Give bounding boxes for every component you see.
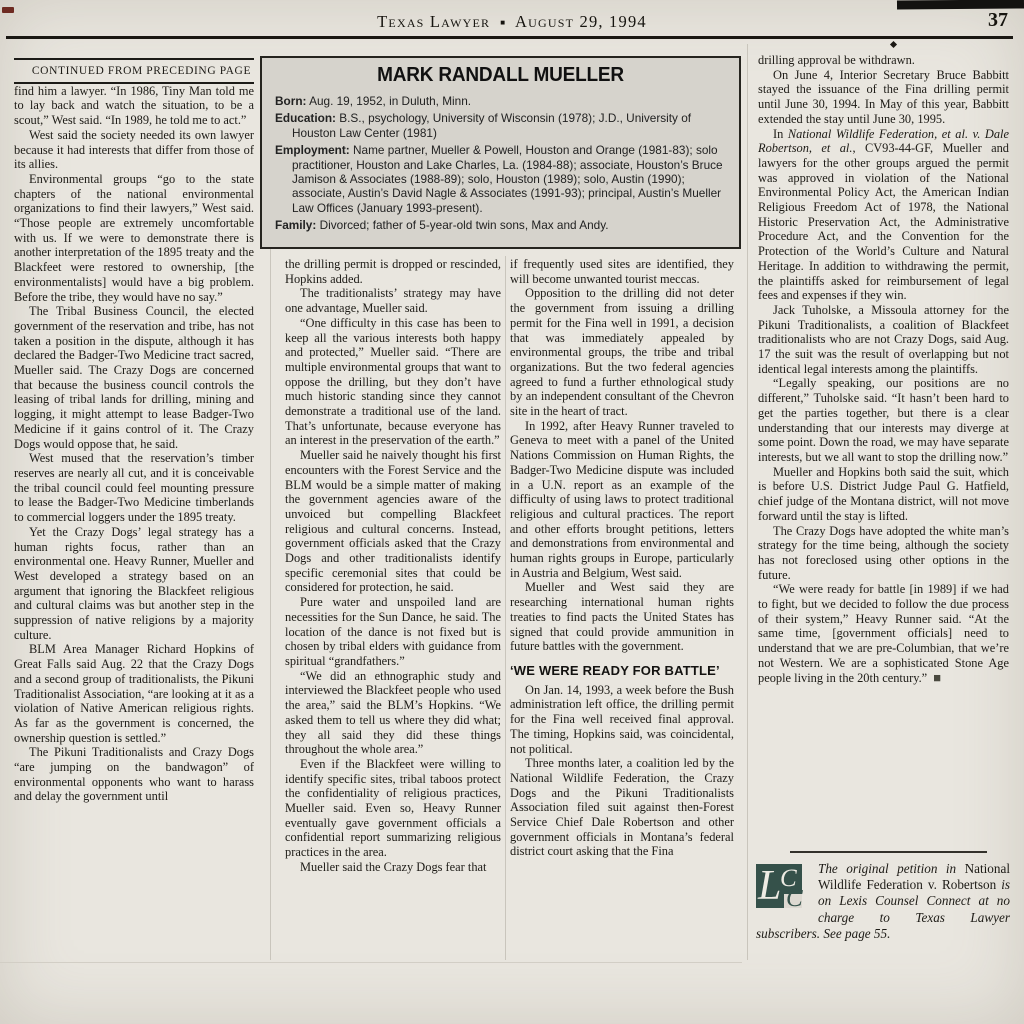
bio-field-value: Name partner, Mueller & Powell, Houston … <box>292 143 723 215</box>
masthead-title: Texas Lawyer <box>377 12 490 31</box>
article-paragraph: if frequently used sites are identified,… <box>510 257 734 286</box>
article-paragraph: Even if the Blackfeet were willing to id… <box>285 757 501 860</box>
paragraph-rest: , CV93-44-GF, Mueller and lawyers for th… <box>758 141 1009 302</box>
article-paragraph: West mused that the reservation’s timber… <box>14 451 254 525</box>
article-paragraph: the drilling permit is dropped or rescin… <box>285 257 501 286</box>
article-paragraph: “We were ready for battle [in 1989] if w… <box>758 582 1009 685</box>
page-number: 37 <box>988 9 1008 32</box>
article-column-3: if frequently used sites are identified,… <box>510 257 734 965</box>
continued-banner: CONTINUED FROM PRECEDING PAGE <box>14 58 254 84</box>
article-paragraph: Pure water and unspoiled land are necess… <box>285 595 501 669</box>
article-paragraph: West said the society needed its own law… <box>14 128 254 172</box>
article-paragraph: “Legally speaking, our positions are no … <box>758 376 1009 464</box>
article-paragraph: On Jan. 14, 1993, a week before the Bush… <box>510 683 734 757</box>
article-paragraph: In 1992, after Heavy Runner traveled to … <box>510 419 734 581</box>
paragraph-text: “We were ready for battle [in 1989] if w… <box>758 582 1009 684</box>
newspaper-page: Texas Lawyer■August 29, 1994 37 MARK RAN… <box>0 0 1024 1024</box>
article-paragraph: Environmental groups “go to the state ch… <box>14 172 254 304</box>
lexis-counsel-connect-note: L C C The original petition in National … <box>756 861 1010 942</box>
article-paragraph: Opposition to the drilling did not deter… <box>510 286 734 418</box>
article-paragraph: Mueller said he naively thought his firs… <box>285 448 501 595</box>
article-column-1: CONTINUED FROM PRECEDING PAGE find him a… <box>14 58 254 966</box>
lexis-counsel-connect-logo-icon: L C C <box>756 864 810 914</box>
section-subhead: ‘WE WERE READY FOR BATTLE’ <box>510 664 734 679</box>
article-paragraph: Three months later, a coalition led by t… <box>510 756 734 859</box>
article-paragraph: In National Wildlife Federation, et al. … <box>758 127 1009 303</box>
bio-field-employment: Employment: Name partner, Mueller & Powe… <box>275 143 726 215</box>
masthead-bullet-icon: ■ <box>490 18 515 27</box>
article-paragraph: The Pikuni Traditionalists and Crazy Dog… <box>14 745 254 804</box>
bio-field-family: Family: Divorced; father of 5-year-old t… <box>275 218 726 232</box>
note-lead: The original petition in <box>818 861 965 876</box>
article-paragraph: Mueller said the Crazy Dogs fear that <box>285 860 501 875</box>
bio-field-label: Employment: <box>275 143 350 157</box>
end-of-article-mark: ■ <box>927 670 941 685</box>
issue-date: August 29, 1994 <box>515 12 647 31</box>
bio-field-value: Aug. 19, 1952, in Duluth, Minn. <box>306 94 471 108</box>
article-paragraph: Yet the Crazy Dogs’ legal strategy has a… <box>14 525 254 643</box>
header-rule <box>6 36 1013 39</box>
bio-field-education: Education: B.S., psychology, University … <box>275 111 726 140</box>
article-column-4: drilling approval be withdrawn. On June … <box>758 53 1009 853</box>
bio-field-value: Divorced; father of 5-year-old twin sons… <box>316 218 608 232</box>
article-paragraph: find him a lawyer. “In 1986, Tiny Man to… <box>14 84 254 128</box>
article-paragraph: drilling approval be withdrawn. <box>758 53 1009 68</box>
article-paragraph: Mueller and Hopkins both said the suit, … <box>758 465 1009 524</box>
column-rule <box>747 44 748 960</box>
footer-rule <box>790 851 987 853</box>
header-tick-mark <box>890 41 897 48</box>
paragraph-lead: In <box>773 127 788 141</box>
bio-field-label: Born: <box>275 94 306 108</box>
bio-box-title: MARK RANDALL MUELLER <box>275 64 726 87</box>
article-paragraph: The Crazy Dogs have adopted the white ma… <box>758 524 1009 583</box>
logo-letter: C <box>786 886 803 911</box>
bio-box: MARK RANDALL MUELLER Born: Aug. 19, 1952… <box>260 56 741 249</box>
article-paragraph: Jack Tuholske, a Missoula attorney for t… <box>758 303 1009 377</box>
article-column-2: the drilling permit is dropped or rescin… <box>285 257 501 965</box>
column-rule <box>505 256 506 960</box>
page-header: Texas Lawyer■August 29, 1994 <box>0 12 1024 32</box>
article-paragraph: Mueller and West said they are researchi… <box>510 580 734 654</box>
article-paragraph: The traditionalists’ strategy may have o… <box>285 286 501 315</box>
bio-field-label: Family: <box>275 218 316 232</box>
article-paragraph: “One difficulty in this case has been to… <box>285 316 501 448</box>
article-paragraph: On June 4, Interior Secretary Bruce Babb… <box>758 68 1009 127</box>
bio-field-born: Born: Aug. 19, 1952, in Duluth, Minn. <box>275 94 726 108</box>
article-paragraph: BLM Area Manager Richard Hopkins of Grea… <box>14 642 254 745</box>
article-paragraph: “We did an ethnographic study and interv… <box>285 669 501 757</box>
logo-letter: L <box>758 864 781 908</box>
bio-field-label: Education: <box>275 111 336 125</box>
article-paragraph: The Tribal Business Council, the elected… <box>14 304 254 451</box>
bio-field-value: B.S., psychology, University of Wisconsi… <box>292 111 691 139</box>
